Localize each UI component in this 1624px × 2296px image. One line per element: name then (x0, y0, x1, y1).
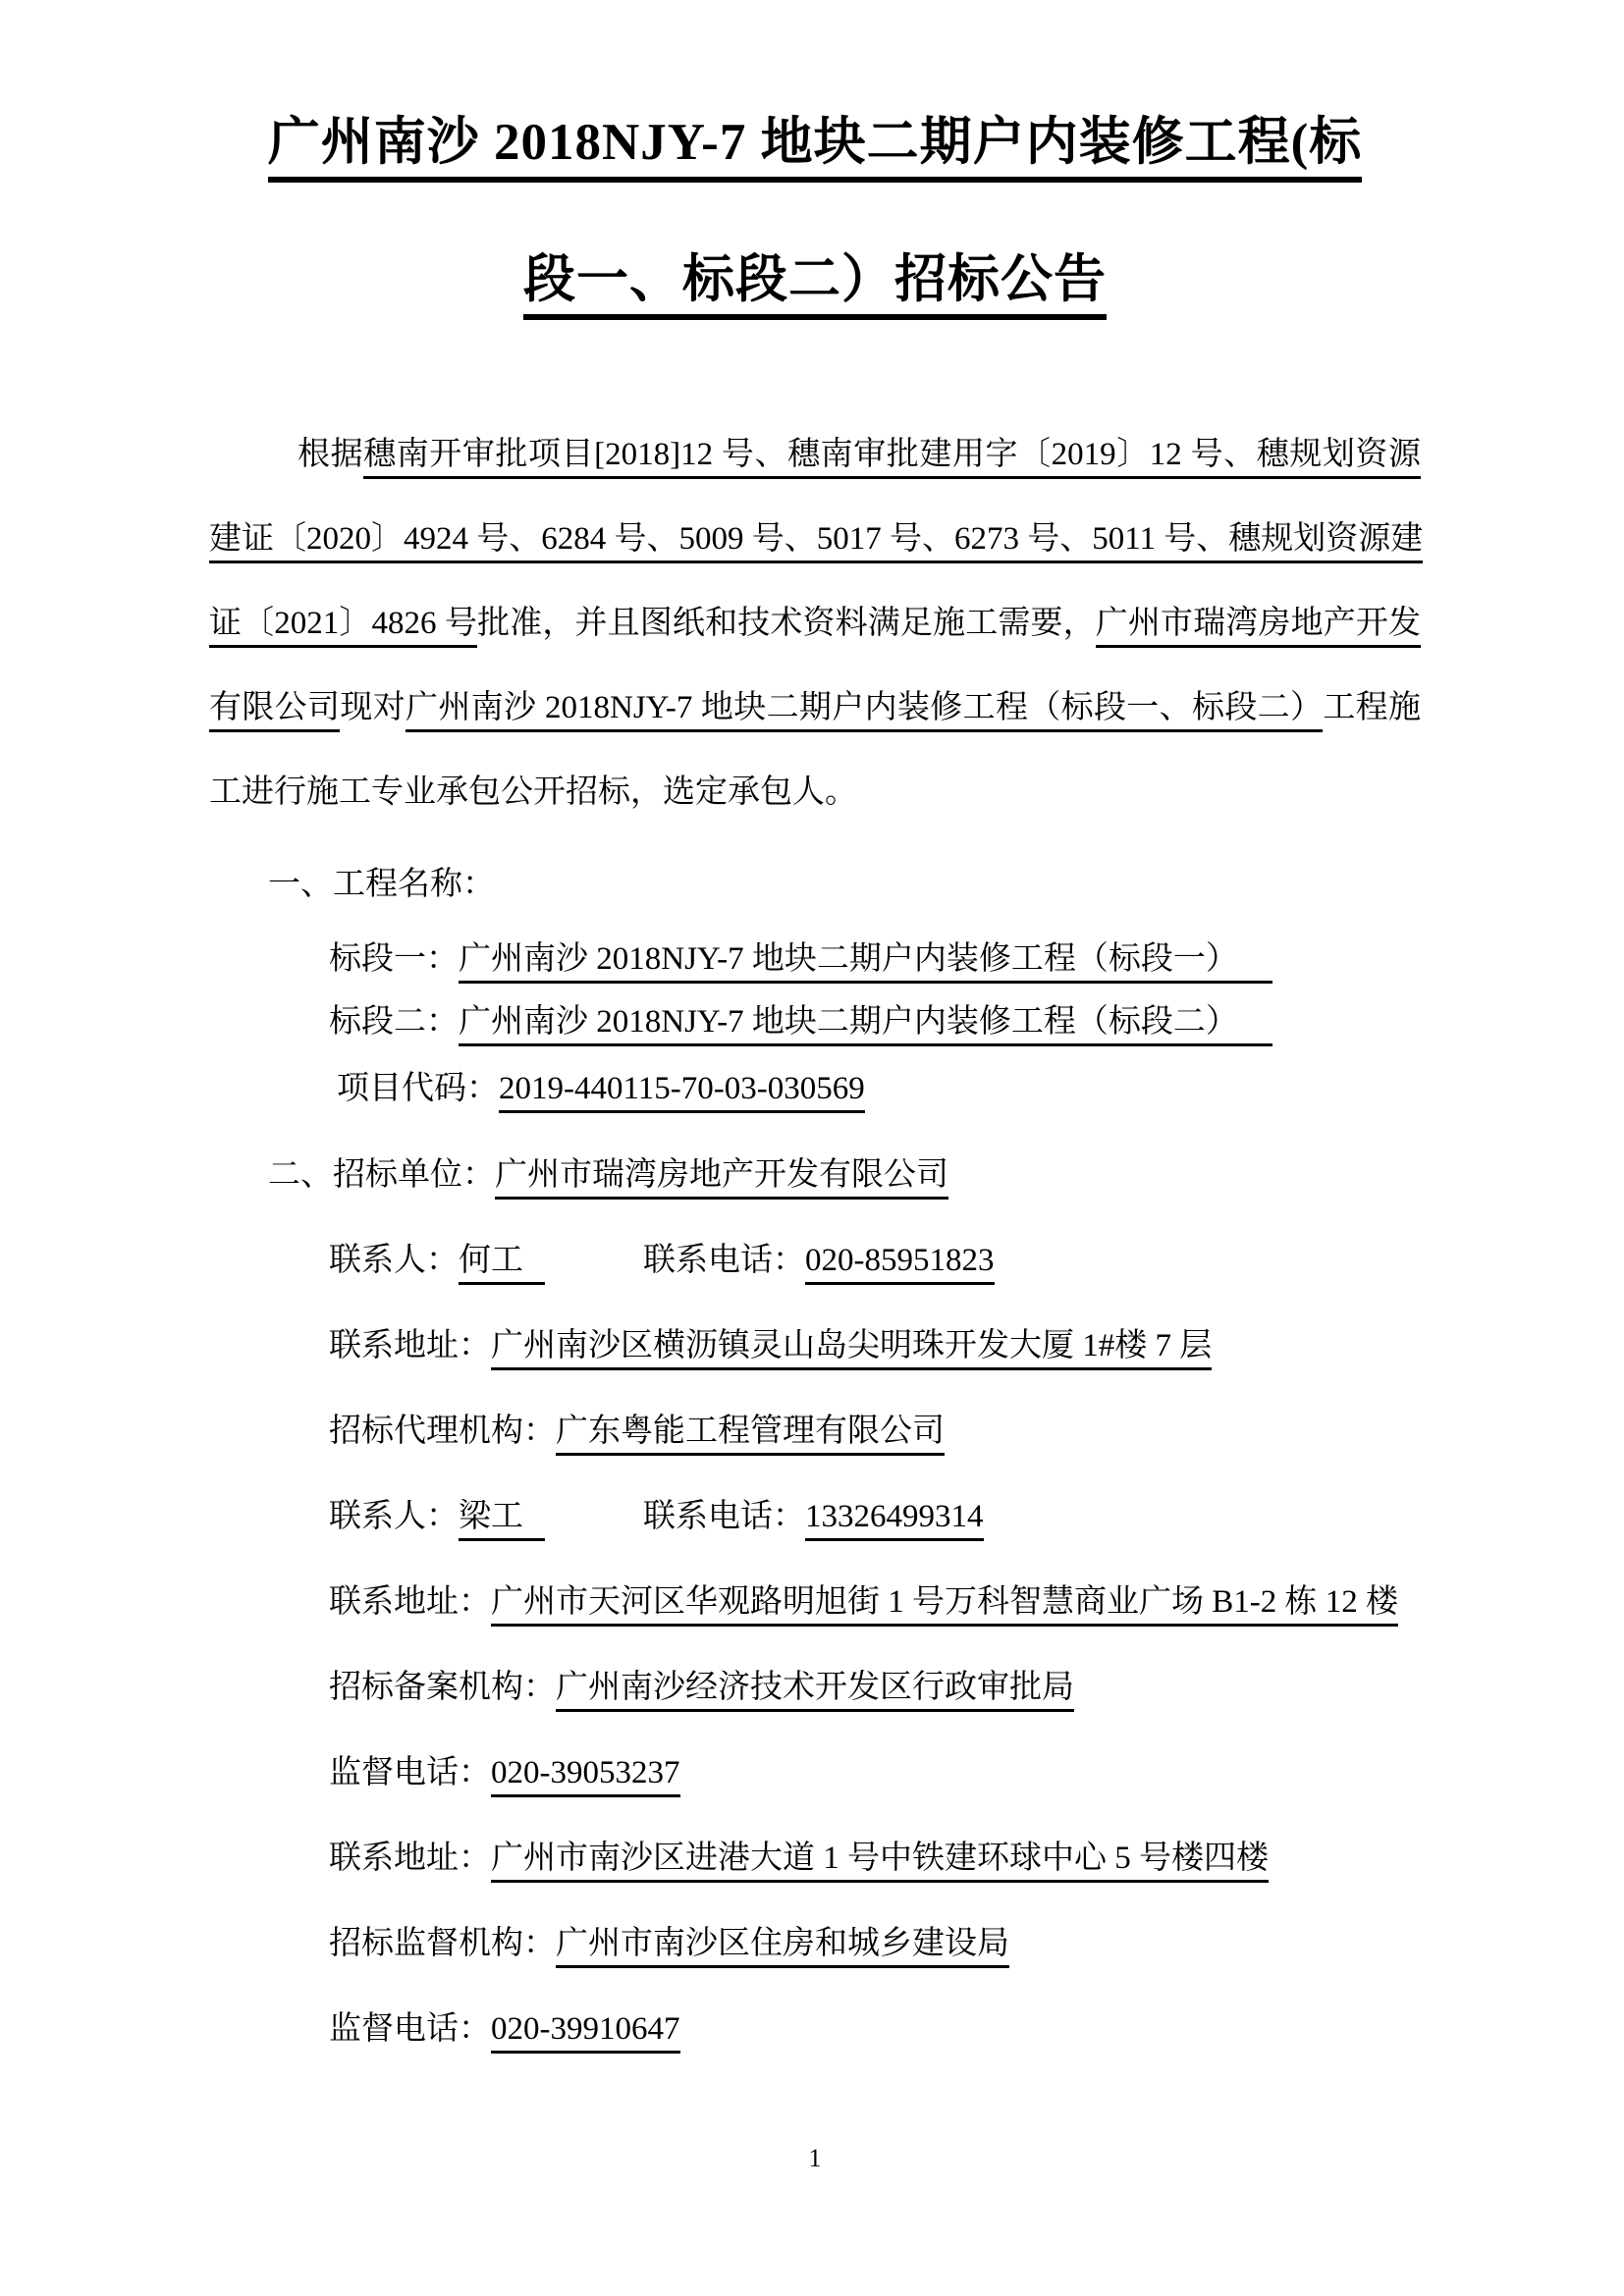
project-code-row: 项目代码：2019-440115-70-03-030569 (337, 1053, 1421, 1125)
underlined-text: 证〔2021〕4826 号 (209, 606, 477, 648)
bid-section-1-row: 标段一：广州南沙 2018NJY-7 地块二期户内装修工程（标段一） (329, 928, 1421, 990)
paragraph-line: 建证〔2020〕4924 号、6284 号、5009 号、5017 号、6273… (209, 497, 1421, 581)
plain-text: 工程施 (1323, 690, 1421, 725)
document-title: 广州南沙 2018NJY-7 地块二期户内装修工程(标 段一、标段二）招标公告 (209, 74, 1421, 348)
field-value: 广州市南沙区住房和城乡建设局 (556, 1926, 1009, 1968)
underlined-text: 广州市瑞湾房地产开发 (1096, 606, 1421, 648)
field-label: 监督电话： (329, 1755, 491, 1790)
contact-person-row: 联系人：梁工联系电话：13326499314 (329, 1474, 1421, 1560)
supervision-phone-row: 监督电话：020-39910647 (329, 1987, 1421, 2072)
underlined-text: 建证〔2020〕4924 号、6284 号、5009 号、5017 号、6273… (209, 521, 1423, 563)
contact-address-row: 联系地址：广州南沙区横沥镇灵山岛尖明珠开发大厦 1#楼 7 层 (329, 1304, 1421, 1389)
supervision-phone-row: 监督电话：020-39053237 (329, 1731, 1421, 1816)
title-line-2: 段一、标段二）招标公告 (209, 211, 1421, 348)
field-label: 招标备案机构： (329, 1670, 556, 1705)
underlined-text: 穗南开审批项目[2018]12 号、穗南审批建用字〔2019〕12 号、穗规划资… (363, 437, 1421, 479)
field-label: 联系人： (329, 1499, 459, 1534)
intro-paragraph: 根据穗南开审批项目[2018]12 号、穗南审批建用字〔2019〕12 号、穗规… (209, 412, 1421, 834)
field-value: 广州南沙 2018NJY-7 地块二期户内装修工程（标段一） (459, 941, 1272, 984)
title-text: 段一、标段二）招标公告 (523, 251, 1107, 320)
plain-text: 工进行施工专业承包公开招标，选定承包人。 (209, 774, 857, 810)
section2-heading: 二、招标单位：广州市瑞湾房地产开发有限公司 (268, 1133, 1421, 1218)
agency-row: 招标代理机构：广东粤能工程管理有限公司 (329, 1389, 1421, 1474)
section-heading-text: 二、招标单位： (268, 1157, 495, 1193)
field-value: 020-39910647 (491, 2011, 680, 2054)
plain-text: 根据 (298, 437, 363, 472)
field-label: 标段一： (329, 941, 459, 977)
filing-authority-row: 招标备案机构：广州南沙经济技术开发区行政审批局 (329, 1645, 1421, 1731)
field-value: 广州南沙区横沥镇灵山岛尖明珠开发大厦 1#楼 7 层 (491, 1328, 1212, 1370)
contact-address-row: 联系地址：广州市南沙区进港大道 1 号中铁建环球中心 5 号楼四楼 (329, 1816, 1421, 1901)
field-label: 招标监督机构： (329, 1926, 556, 1961)
paragraph-line: 证〔2021〕4826 号批准，并且图纸和技术资料满足施工需要，广州市瑞湾房地产… (209, 581, 1421, 666)
field-label: 监督电话： (329, 2011, 491, 2047)
paragraph-line: 工进行施工专业承包公开招标，选定承包人。 (209, 750, 1421, 834)
section-heading-text: 一、工程名称： (268, 867, 495, 902)
field-value: 2019-440115-70-03-030569 (499, 1071, 865, 1113)
section1-heading: 一、工程名称： (268, 842, 1421, 928)
underlined-text: 广州南沙 2018NJY-7 地块二期户内装修工程（标段一、标段二） (406, 690, 1323, 732)
field-value: 广东粤能工程管理有限公司 (556, 1414, 945, 1456)
tenderer-name: 广州市瑞湾房地产开发有限公司 (495, 1157, 948, 1200)
page-number-text: 1 (809, 2144, 822, 2172)
document-content: 广州南沙 2018NJY-7 地块二期户内装修工程(标 段一、标段二）招标公告 … (209, 74, 1421, 2188)
contact-person-row: 联系人：何工联系电话：020-85951823 (329, 1218, 1421, 1304)
field-label: 联系地址： (329, 1328, 491, 1363)
paragraph-line: 有限公司现对广州南沙 2018NJY-7 地块二期户内装修工程（标段一、标段二）… (209, 666, 1421, 750)
title-text: 广州南沙 2018NJY-7 地块二期户内装修工程(标 (268, 114, 1362, 183)
field-label: 招标代理机构： (329, 1414, 556, 1449)
plain-text: 批准，并且图纸和技术资料满足施工需要， (477, 606, 1096, 641)
field-value: 广州市南沙区进港大道 1 号中铁建环球中心 5 号楼四楼 (491, 1841, 1269, 1883)
title-line-1: 广州南沙 2018NJY-7 地块二期户内装修工程(标 (209, 74, 1421, 211)
field-label: 标段二： (329, 1004, 459, 1040)
field-value: 梁工 (459, 1499, 545, 1541)
field-value: 广州南沙经济技术开发区行政审批局 (556, 1670, 1074, 1712)
plain-text: 现对 (340, 690, 406, 725)
field-value: 020-85951823 (805, 1243, 995, 1285)
contact-address-row: 联系地址：广州市天河区华观路明旭街 1 号万科智慧商业广场 B1-2 栋 12 … (329, 1560, 1421, 1645)
field-value: 020-39053237 (491, 1755, 680, 1797)
field-label: 联系地址： (329, 1841, 491, 1876)
document-page: 广州南沙 2018NJY-7 地块二期户内装修工程(标 段一、标段二）招标公告 … (0, 0, 1624, 2296)
page-number: 1 (209, 2129, 1421, 2188)
supervision-authority-row: 招标监督机构：广州市南沙区住房和城乡建设局 (329, 1901, 1421, 1987)
field-label: 联系地址： (329, 1584, 491, 1620)
field-label: 联系人： (329, 1243, 459, 1278)
field-label: 联系电话： (643, 1243, 805, 1278)
field-label: 项目代码： (337, 1071, 499, 1106)
field-value: 广州南沙 2018NJY-7 地块二期户内装修工程（标段二） (459, 1004, 1272, 1046)
bid-section-2-row: 标段二：广州南沙 2018NJY-7 地块二期户内装修工程（标段二） (329, 990, 1421, 1053)
field-label: 联系电话： (643, 1499, 805, 1534)
paragraph-line: 根据穗南开审批项目[2018]12 号、穗南审批建用字〔2019〕12 号、穗规… (209, 412, 1421, 497)
field-value: 何工 (459, 1243, 545, 1285)
underlined-text: 有限公司 (209, 690, 340, 732)
field-value: 广州市天河区华观路明旭街 1 号万科智慧商业广场 B1-2 栋 12 楼 (491, 1584, 1398, 1627)
field-value: 13326499314 (805, 1499, 984, 1541)
